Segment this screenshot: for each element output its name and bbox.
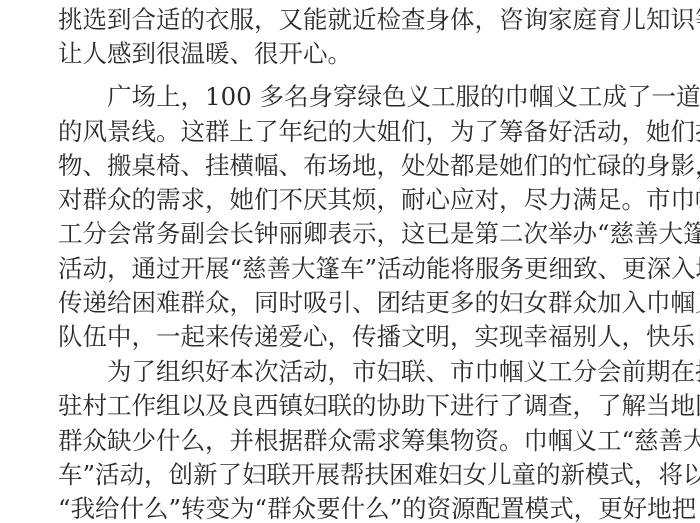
text-line: 挑选到合适的衣服，又能就近检查身体，咨询家庭育儿知识等，: [58, 5, 648, 35]
text-line: 物、搬桌椅、挂横幅、布场地，处处都是她们的忙碌的身影，面: [58, 151, 648, 181]
text-line: 群众缺少什么，并根据群众需求筹集物资。巾帼义工“慈善大篷: [58, 426, 648, 456]
text-line: 工分会常务副会长钟丽卿表示，这已是第二次举办“慈善大篷车”: [58, 219, 648, 249]
text-line: 对群众的需求，她们不厌其烦，耐心应对，尽力满足。市巾帼义: [58, 185, 648, 215]
text-line: 车”活动，创新了妇联开展帮扶困难妇女儿童的新模式，将以往: [58, 460, 648, 490]
text-line: 为了组织好本次活动，市妇联、市巾帼义工分会前期在扶贫: [107, 357, 648, 387]
text-line: 活动，通过开展“慈善大篷车”活动能将服务更细致、更深入地: [58, 254, 648, 284]
text-line: 传递给困难群众，同时吸引、团结更多的妇女群众加入巾帼义工: [58, 288, 648, 318]
text-line: 让人感到很温暖、很开心。: [58, 39, 648, 69]
text-line: 队伍中，一起来传递爱心，传播文明，实现幸福别人，快乐自己。: [58, 322, 648, 352]
text-line: 驻村工作组以及良西镇妇联的协助下进行了调查，了解当地困难: [58, 391, 648, 421]
text-line: 的风景线。这群上了年纪的大姐们，为了筹备好活动，她们扛衣: [58, 117, 648, 147]
text-line: 广场上，100 多名身穿绿色义工服的巾帼义工成了一道亮丽: [107, 82, 648, 112]
text-line: “我给什么”转变为“群众要什么”的资源配置模式，更好地把: [58, 494, 648, 523]
